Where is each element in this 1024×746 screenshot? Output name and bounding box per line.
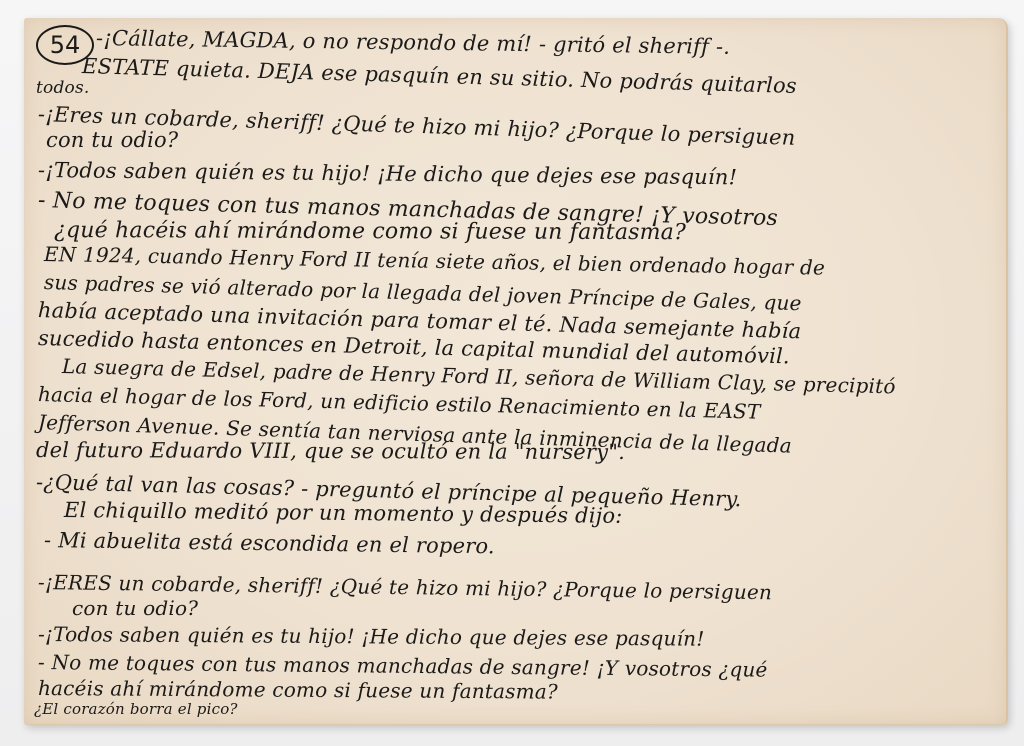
handwritten-line: del futuro Eduardo VIII, que se ocultó e…: [36, 438, 625, 464]
handwritten-line: ¿El corazón borra el pico?: [34, 700, 238, 718]
manuscript-page: 54 -¡Cállate, MAGDA, o no respondo de mí…: [24, 18, 1008, 725]
handwritten-line: con tu odio?: [46, 128, 178, 152]
handwritten-line: con tu odio?: [72, 596, 198, 620]
handwritten-line: ESTATE quieta. DEJA ese pasquín en su si…: [82, 54, 798, 98]
handwritten-line: -¡Todos saben quién es tu hijo! ¡He dich…: [38, 158, 737, 189]
handwritten-line: -¡Cállate, MAGDA, o no respondo de mí! -…: [96, 26, 730, 59]
handwritten-line: todos.: [36, 78, 90, 98]
handwritten-line: ¿qué hacéis ahí mirándome como si fuese …: [54, 218, 686, 245]
handwritten-line: - Mi abuelita está escondida en el roper…: [44, 528, 495, 558]
handwritten-line: El chiquillo meditó por un momento y des…: [64, 498, 623, 528]
photo-background: 54 -¡Cállate, MAGDA, o no respondo de mí…: [0, 0, 1024, 746]
handwritten-line: -¡Todos saben quién es tu hijo! ¡He dich…: [38, 622, 705, 651]
